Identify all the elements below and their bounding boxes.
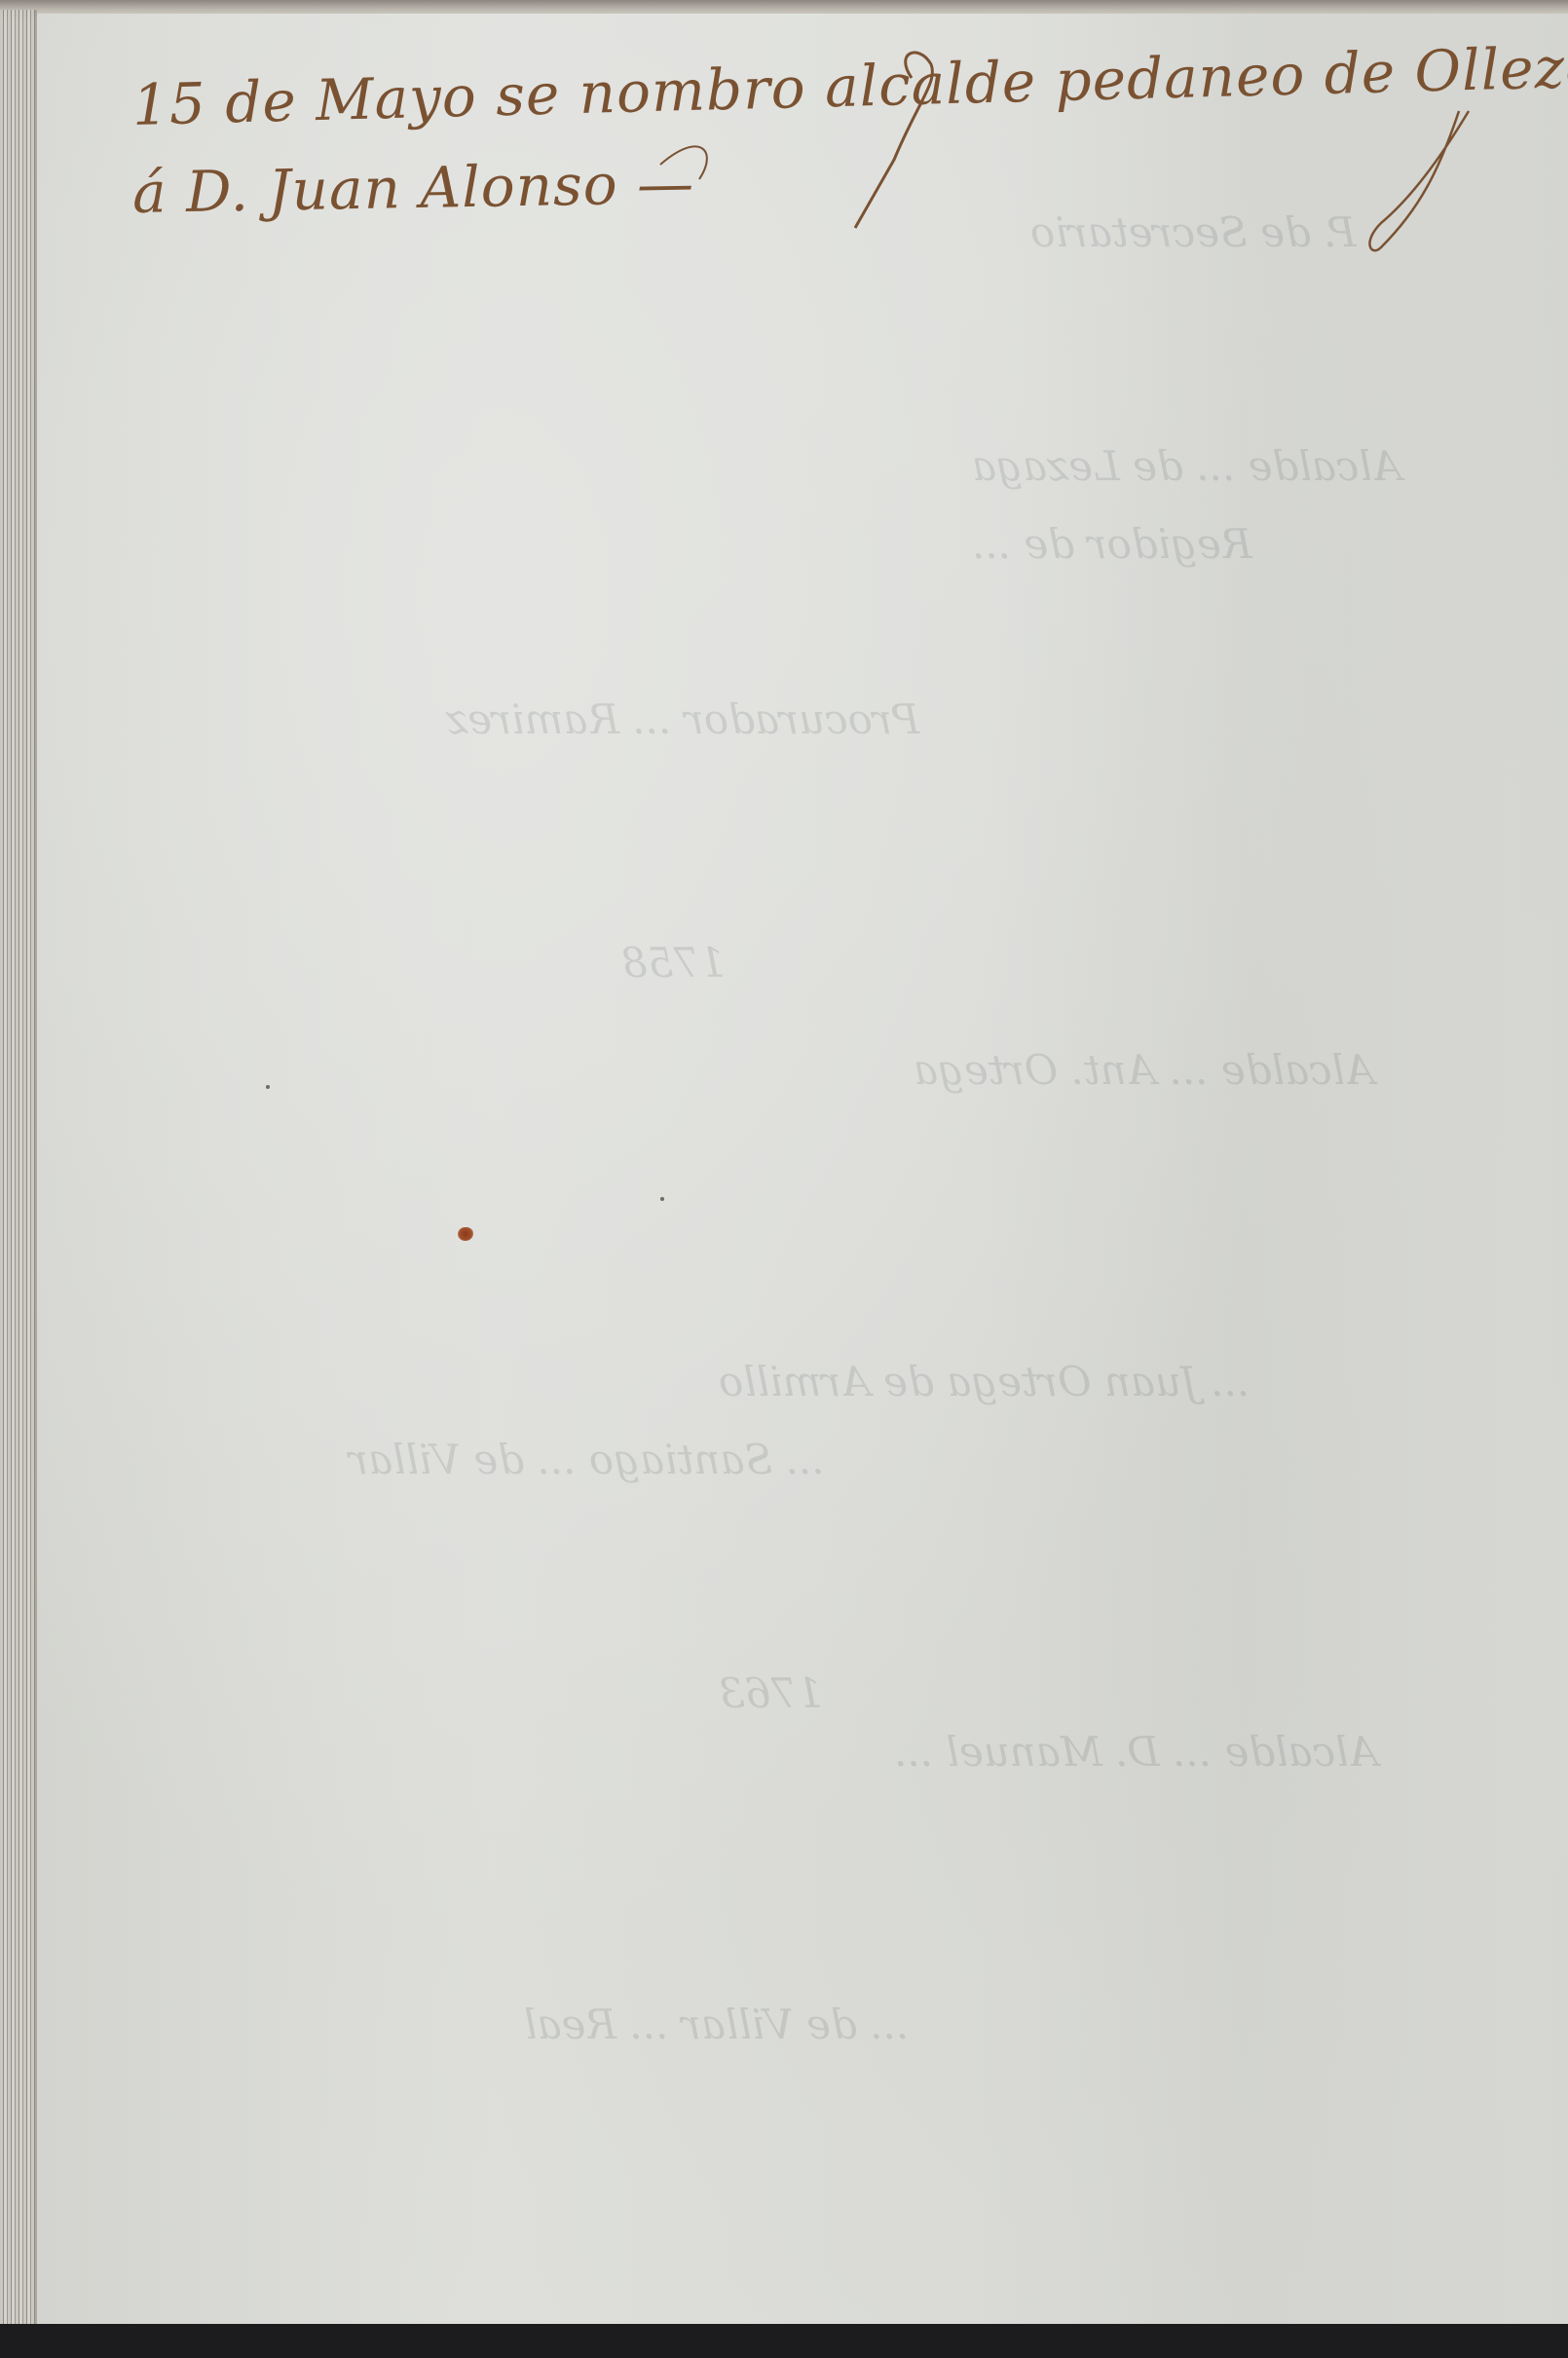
page-stack-edges — [0, 10, 37, 2326]
scanned-page-background: P. de Secretario Alcalde ... de Lezaga R… — [0, 0, 1568, 2326]
bleed-through-text: 1763 — [719, 1669, 823, 1717]
bleed-through-text: Procurador ... Ramirez — [446, 695, 919, 743]
bleed-through-text: Alcalde ... de Lezaga — [972, 442, 1401, 490]
paper-speck — [266, 1085, 270, 1089]
ink-stain — [458, 1227, 473, 1241]
bleed-through-text: P. de Secretario — [1030, 208, 1356, 256]
manuscript-page: P. de Secretario Alcalde ... de Lezaga R… — [37, 14, 1568, 2324]
bleed-through-text: Regidor de ... — [972, 520, 1252, 568]
annotation-line-2: á D. Juan Alonso — — [131, 150, 694, 226]
bleed-through-text: ... de Villar ... Real — [524, 2001, 909, 2048]
bleed-through-text: Alcalde ... Ant. Ortega — [914, 1046, 1374, 1094]
page-shading — [972, 14, 1517, 2324]
scan-bottom-background — [0, 2324, 1568, 2358]
bleed-through-text: ... Santiago ... de Villar — [349, 1436, 825, 1483]
bleed-through-text: 1758 — [621, 939, 726, 987]
bleed-through-text: Alcalde ... D. Manuel ... — [894, 1728, 1378, 1776]
paper-speck — [660, 1197, 664, 1201]
bleed-through-text: ... Juan Ortega de Armillo — [719, 1358, 1250, 1405]
